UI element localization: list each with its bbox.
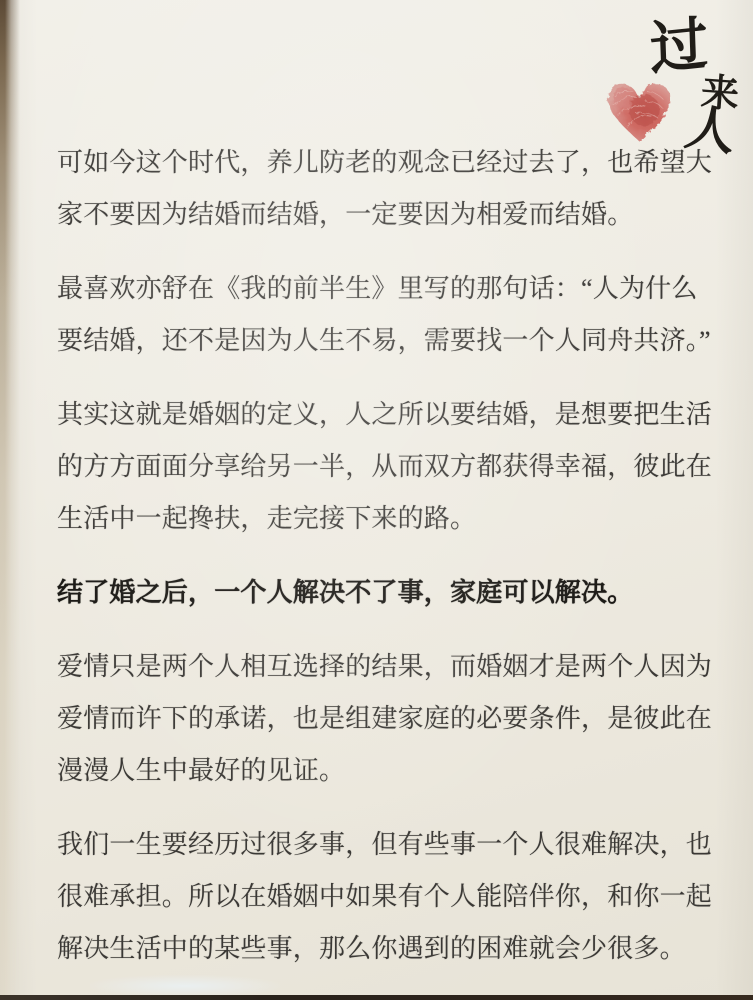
paragraph-3: 其实这就是婚姻的定义，人之所以要结婚，是想要把生活 的方方面面分享给另一半，从而… xyxy=(57,389,727,545)
text-line: 最喜欢亦舒在《我的前半生》里写的那句话：“人为什么 xyxy=(57,263,727,315)
paragraph-1: 可如今这个时代，养儿防老的观念已经过去了，也希望大 家不要因为结婚而结婚，一定要… xyxy=(57,137,727,241)
page-bottom-edge xyxy=(0,995,753,1000)
paragraph-6: 我们一生要经历过很多事，但有些事一个人很难解决，也 很难承担。所以在婚姻中如果有… xyxy=(57,819,727,975)
text-line: 我们一生要经历过很多事，但有些事一个人很难解决，也 xyxy=(57,819,727,871)
text-line: 解决生活中的某些事，那么你遇到的困难就会少很多。 xyxy=(57,923,727,975)
paragraph-4-bold-statement: 结了婚之后，一个人解决不了事，家庭可以解决。 xyxy=(57,567,727,619)
paragraph-5: 爱情只是两个人相互选择的结果，而婚姻才是两个人因为 爱情而许下的承诺，也是组建家… xyxy=(57,641,727,797)
text-line: 生活中一起搀扶，走完接下来的路。 xyxy=(57,493,727,545)
article-text: 可如今这个时代，养儿防老的观念已经过去了，也希望大 家不要因为结婚而结婚，一定要… xyxy=(57,137,727,997)
text-line: 要结婚，还不是因为人生不易，需要找一个人同舟共济。” xyxy=(57,315,727,367)
logo-char-guo: 过 xyxy=(649,14,709,78)
text-line: 爱情只是两个人相互选择的结果，而婚姻才是两个人因为 xyxy=(57,641,727,693)
fingerprint-heart-icon xyxy=(602,73,676,147)
paragraph-2: 最喜欢亦舒在《我的前半生》里写的那句话：“人为什么 要结婚，还不是因为人生不易，… xyxy=(57,263,727,367)
text-line: 漫漫人生中最好的见证。 xyxy=(57,745,727,797)
book-page-photo: 过 来 人 可如今这个时代，养儿防老的观念已经过去了，也希望大 家不要因为结婚而… xyxy=(0,0,753,1000)
text-line: 的方方面面分享给另一半，从而双方都获得幸福，彼此在 xyxy=(57,441,727,493)
text-line: 结了婚之后，一个人解决不了事，家庭可以解决。 xyxy=(57,567,727,619)
page-left-edge-shadow xyxy=(0,0,20,1000)
text-line: 可如今这个时代，养儿防老的观念已经过去了，也希望大 xyxy=(57,137,727,189)
text-line: 很难承担。所以在婚姻中如果有个人能陪伴你，和你一起 xyxy=(57,871,727,923)
text-line: 其实这就是婚姻的定义，人之所以要结婚，是想要把生活 xyxy=(57,389,727,441)
text-line: 家不要因为结婚而结婚，一定要因为相爱而结婚。 xyxy=(57,189,727,241)
text-line: 爱情而许下的承诺，也是组建家庭的必要条件，是彼此在 xyxy=(57,693,727,745)
